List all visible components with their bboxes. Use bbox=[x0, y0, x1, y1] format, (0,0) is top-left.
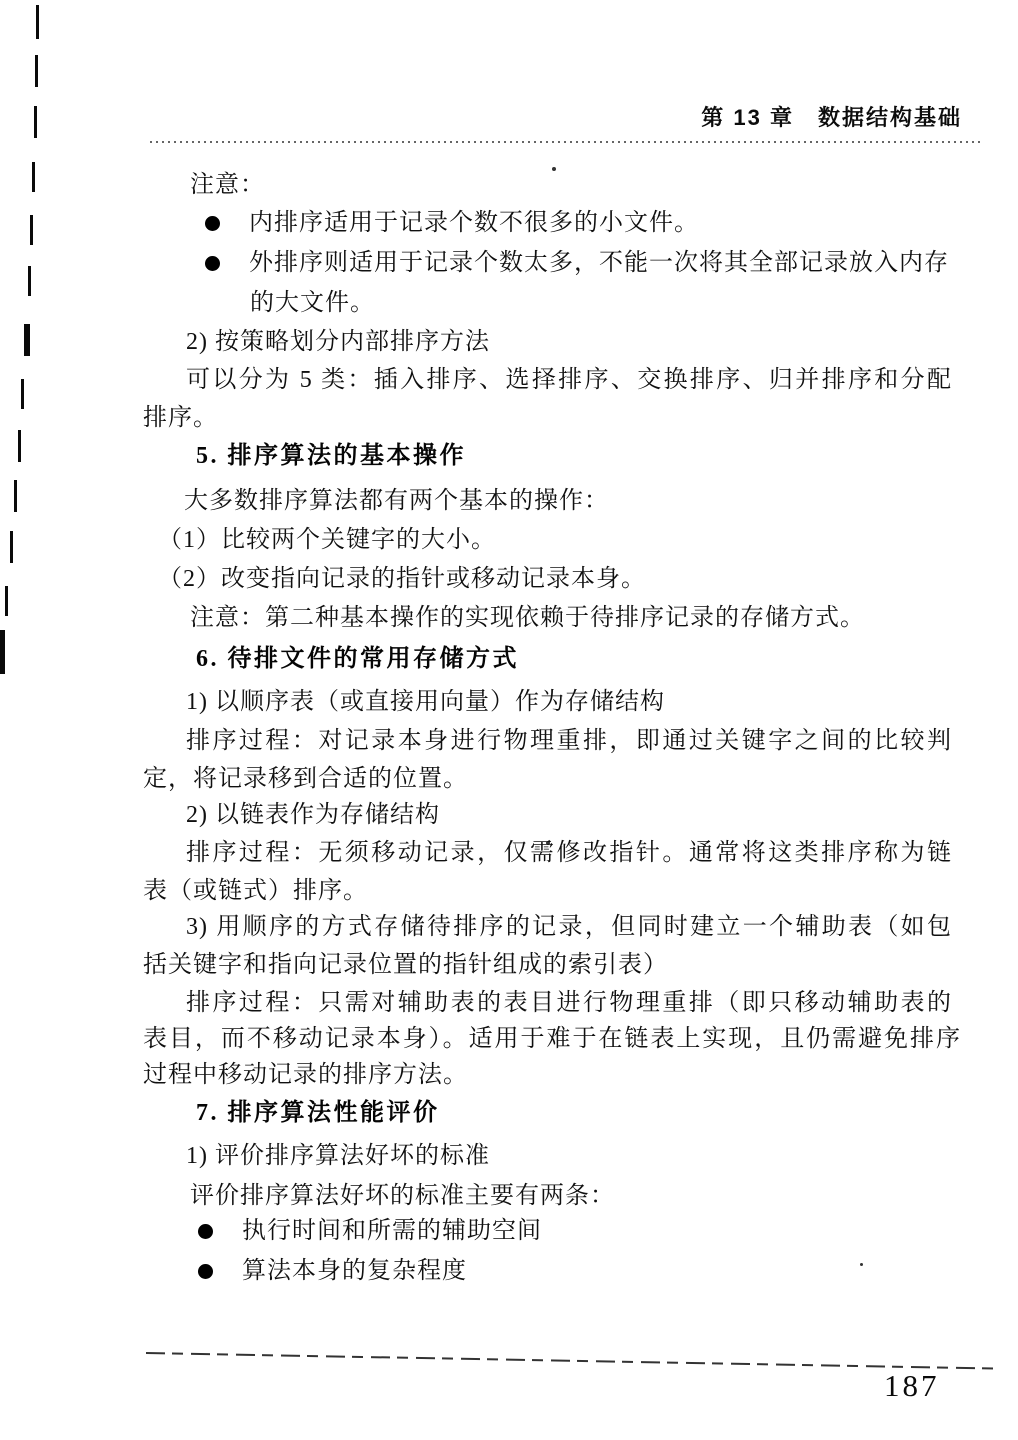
section-heading: 5. 排序算法的基本操作 bbox=[196, 441, 466, 471]
text-line: （1）比较两个关键字的大小。 bbox=[158, 525, 496, 555]
text-line: 括关键字和指向记录位置的指针组成的索引表） bbox=[143, 950, 668, 980]
text-line: 2) 按策略划分内部排序方法 bbox=[186, 327, 490, 357]
bullet-icon bbox=[198, 1224, 213, 1239]
text-line: 评价排序算法好坏的标准主要有两条： bbox=[190, 1181, 615, 1211]
text-line: （2）改变指向记录的指针或移动记录本身。 bbox=[158, 564, 646, 594]
scan-speck bbox=[860, 1263, 863, 1266]
scan-mark bbox=[14, 480, 17, 512]
text-line: 定，将记录移到合适的位置。 bbox=[143, 764, 468, 794]
text-line: 排序过程：无须移动记录，仅需修改指针。通常将这类排序称为链 bbox=[186, 838, 952, 868]
scan-mark bbox=[35, 55, 38, 87]
scan-mark bbox=[28, 266, 31, 296]
bullet-icon bbox=[205, 256, 220, 271]
scan-mark bbox=[18, 430, 21, 462]
text-line: 的大文件。 bbox=[250, 288, 375, 318]
text-line: 排序过程：对记录本身进行物理重排，即通过关键字之间的比较判 bbox=[186, 726, 952, 756]
text-line: 1) 评价排序算法好坏的标准 bbox=[186, 1141, 490, 1171]
text-line: 过程中移动记录的排序方法。 bbox=[143, 1060, 468, 1090]
text-line: 表（或链式）排序。 bbox=[143, 876, 368, 906]
text-line: 1) 以顺序表（或直接用向量）作为存储结构 bbox=[186, 687, 665, 717]
bullet-text: 外排序则适用于记录个数太多，不能一次将其全部记录放入内存 bbox=[249, 248, 949, 278]
text-line: 3) 用顺序的方式存储待排序的记录，但同时建立一个辅助表（如包 bbox=[186, 912, 952, 942]
text-line: 可以分为 5 类：插入排序、选择排序、交换排序、归并排序和分配 bbox=[186, 365, 952, 395]
footer-dashed-rule bbox=[146, 1352, 994, 1370]
bullet-item: 算法本身的复杂程度 bbox=[198, 1256, 467, 1286]
scan-mark bbox=[36, 5, 39, 39]
bullet-icon bbox=[198, 1264, 213, 1279]
scanned-book-page: 第 13 章 数据结构基础 注意： 内排序适用于记录个数不很多的小文件。 外排序… bbox=[0, 0, 1018, 1440]
scan-mark bbox=[10, 531, 13, 563]
scan-mark bbox=[0, 630, 5, 674]
text-line: 排序过程：只需对辅助表的表目进行物理重排（即只移动辅助表的 bbox=[186, 988, 952, 1018]
bullet-text: 内排序适用于记录个数不很多的小文件。 bbox=[249, 208, 699, 238]
bullet-icon bbox=[205, 216, 220, 231]
scan-mark bbox=[24, 324, 30, 356]
text-line: 大多数排序算法都有两个基本的操作： bbox=[184, 486, 609, 516]
text-line: 2) 以链表作为存储结构 bbox=[186, 800, 440, 830]
scan-mark bbox=[30, 215, 33, 245]
text-line: 注意：第二种基本操作的实现依赖于待排序记录的存储方式。 bbox=[190, 603, 865, 633]
scan-speck bbox=[552, 167, 556, 171]
bullet-text: 执行时间和所需的辅助空间 bbox=[242, 1216, 542, 1246]
scan-mark bbox=[34, 106, 37, 138]
text-line: 排序。 bbox=[143, 403, 218, 433]
scan-mark bbox=[32, 162, 35, 192]
bullet-item: 执行时间和所需的辅助空间 bbox=[198, 1216, 542, 1246]
section-heading: 6. 待排文件的常用存储方式 bbox=[196, 644, 519, 674]
bullet-text: 算法本身的复杂程度 bbox=[242, 1256, 467, 1286]
header-dotted-rule bbox=[150, 141, 984, 143]
text-line: 表目，而不移动记录本身）。适用于难于在链表上实现，且仍需避免排序 bbox=[143, 1024, 961, 1054]
bullet-item: 外排序则适用于记录个数太多，不能一次将其全部记录放入内存 bbox=[205, 248, 949, 278]
section-heading: 7. 排序算法性能评价 bbox=[196, 1098, 440, 1128]
text-line: 注意： bbox=[190, 170, 265, 200]
page-number: 187 bbox=[884, 1368, 940, 1404]
scan-mark bbox=[5, 586, 8, 616]
scan-mark bbox=[21, 379, 24, 409]
bullet-item: 内排序适用于记录个数不很多的小文件。 bbox=[205, 208, 699, 238]
chapter-header: 第 13 章 数据结构基础 bbox=[701, 101, 962, 132]
